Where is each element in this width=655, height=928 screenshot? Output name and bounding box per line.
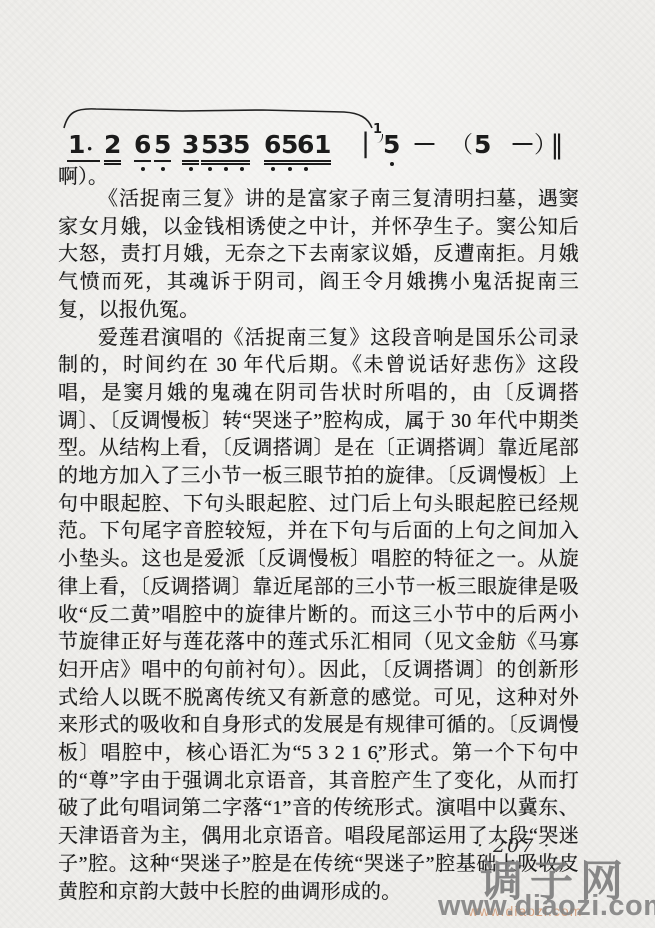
note: 2 xyxy=(104,132,121,162)
duration-dash: － xyxy=(412,132,436,158)
note: 5 xyxy=(154,132,171,162)
book-page: 1 · 2 6 5 3 5 3 5 6 5 6 1 | 1 5 － （ 5 － … xyxy=(0,0,655,928)
note: 6 xyxy=(264,132,281,162)
note: 5 xyxy=(201,132,218,162)
barline: | xyxy=(361,128,371,159)
paragraph-synopsis: 《活捉南三复》讲的是富家子南三复清明扫墓，遇窦家女月娥，以金钱相诱使之中计，并怀… xyxy=(58,186,579,325)
note: 5 xyxy=(281,132,298,162)
duration-dash: － xyxy=(510,132,534,158)
watermark-site-url: www.diaozi.com xyxy=(438,890,655,923)
note: 6 xyxy=(134,132,151,162)
note: 5 xyxy=(474,132,491,158)
note: 6 xyxy=(297,132,314,162)
body-text: 《活捉南三复》讲的是富家子南三复清明扫墓，遇窦家女月娥，以金钱相诱使之中计，并怀… xyxy=(58,186,579,906)
note: 5 xyxy=(383,132,400,158)
grace-note: 1 xyxy=(373,122,382,137)
final-barline: ‖ xyxy=(550,132,564,158)
note: 3 xyxy=(217,132,234,162)
note: 1 xyxy=(314,132,331,162)
note: 3 xyxy=(182,132,199,162)
slur-arc xyxy=(62,104,380,130)
note: 5 xyxy=(233,132,250,162)
close-paren: ） xyxy=(534,132,548,158)
music-notation: 1 · 2 6 5 3 5 3 5 6 5 6 1 | 1 5 － （ 5 － … xyxy=(58,102,598,172)
lyric-tail: 啊）。 xyxy=(58,160,108,189)
open-paren: （ xyxy=(450,132,464,158)
paragraph-analysis: 爱莲君演唱的《活捉南三复》这段音响是国乐公司录制的，时间约在 30 年代后期。《… xyxy=(58,325,579,907)
augmentation-dot: · xyxy=(86,136,96,162)
